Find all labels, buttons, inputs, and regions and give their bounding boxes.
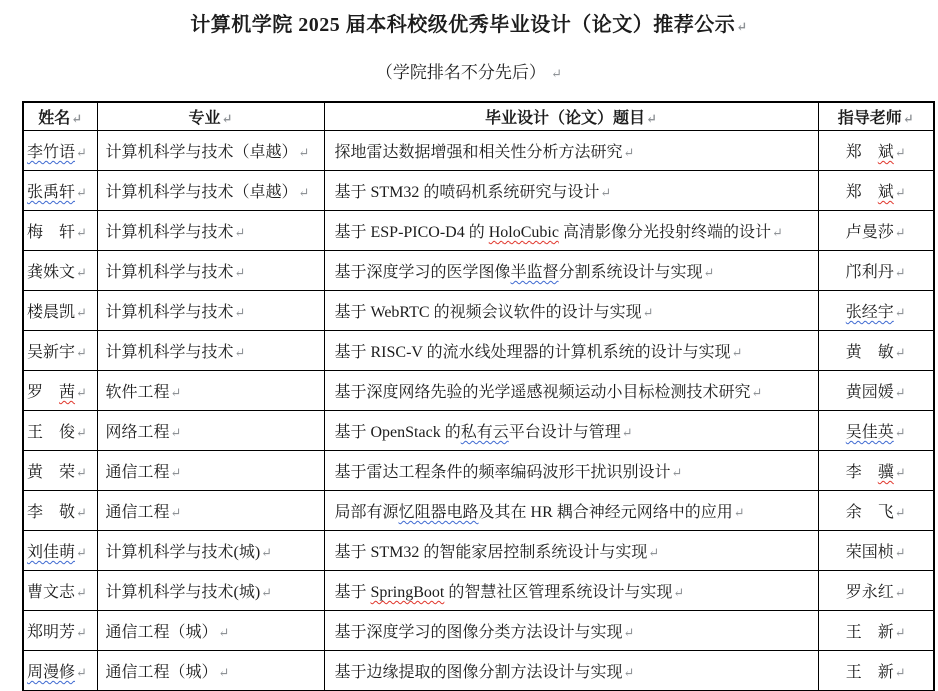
thesis-title-cell: 基于 ESP-PICO-D4 的 HoloCubic 高清影像分光投射终端的设计… [324, 211, 818, 251]
spell-blue-wavy-segment: 刘佳萌 [27, 544, 75, 561]
major-cell: 通信工程↵ [97, 451, 324, 491]
student-name-cell: 龚姝文↵ [23, 251, 97, 291]
return-mark: ↵ [550, 66, 562, 81]
text-segment: 王 俊 [27, 424, 75, 441]
advisor-cell: 黄 敏↵ [818, 331, 934, 371]
major-cell: 计算机科学与技术（卓越）↵ [97, 131, 324, 171]
advisor-cell: 邝利丹↵ [818, 251, 934, 291]
return-mark: ↵ [894, 585, 906, 600]
text-segment: 李 [846, 464, 878, 481]
major-cell: 通信工程（城）↵ [97, 611, 324, 651]
text-segment: 计算机科学与技术（卓越） [106, 144, 298, 161]
text-segment: 梅 轩 [27, 224, 75, 241]
return-mark: ↵ [599, 185, 611, 200]
return-mark: ↵ [75, 585, 87, 600]
major-cell: 计算机科学与技术↵ [97, 211, 324, 251]
text-segment: 荣国桢 [846, 544, 894, 561]
return-mark: ↵ [894, 345, 906, 360]
return-mark: ↵ [771, 225, 783, 240]
advisor-cell: 李 骥↵ [818, 451, 934, 491]
return-mark: ↵ [894, 265, 906, 280]
student-name-cell: 张禹轩↵ [23, 171, 97, 211]
advisor-cell: 卢曼莎↵ [818, 211, 934, 251]
advisor-cell: 郑 斌↵ [818, 171, 934, 211]
text-segment: 基于 OpenStack 的 [335, 424, 461, 441]
major-cell: 计算机科学与技术（卓越）↵ [97, 171, 324, 211]
return-mark: ↵ [260, 585, 272, 600]
text-segment: 网络工程 [106, 424, 170, 441]
text-segment: 的智慧社区管理系统设计与实现 [444, 584, 672, 601]
student-name-cell: 曹文志↵ [23, 571, 97, 611]
thesis-title-cell: 基于深度学习的医学图像半监督分割系统设计与实现↵ [324, 251, 818, 291]
text-segment: 郑 [846, 184, 878, 201]
return-mark: ↵ [75, 625, 87, 640]
text-segment: 计算机科学与技术 [106, 304, 234, 321]
return-mark: ↵ [234, 225, 246, 240]
return-mark: ↵ [75, 145, 87, 160]
text-segment: 探地雷达数据增强和相关性分析方法研究 [335, 144, 623, 161]
spell-red-wavy-segment: HoloCubic [489, 224, 559, 241]
return-mark: ↵ [75, 465, 87, 480]
text-segment: 平台设计与管理 [509, 424, 621, 441]
table-row: 黄 荣↵通信工程↵基于雷达工程条件的频率编码波形干扰识别设计↵李 骥↵ [23, 451, 934, 491]
return-mark: ↵ [894, 305, 906, 320]
text-segment: 基于 [335, 584, 371, 601]
student-name-cell: 周漫修↵ [23, 651, 97, 691]
student-name-cell: 郑明芳↵ [23, 611, 97, 651]
table-header-row: 姓名↵ 专业↵ 毕业设计（论文）题目↵ 指导老师↵ [23, 102, 934, 131]
table-row: 王 俊↵网络工程↵基于 OpenStack 的私有云平台设计与管理↵吴佳英↵ [23, 411, 934, 451]
spell-blue-wavy-segment: 忆阻器电路 [399, 504, 479, 521]
text-segment: 龚姝文 [27, 264, 75, 281]
table-row: 李竹语↵计算机科学与技术（卓越）↵探地雷达数据增强和相关性分析方法研究↵郑 斌↵ [23, 131, 934, 171]
thesis-title-cell: 基于 STM32 的智能家居控制系统设计与实现↵ [324, 531, 818, 571]
col-header-advisor-text: 指导老师 [838, 110, 902, 127]
advisor-cell: 罗永红↵ [818, 571, 934, 611]
text-segment: 邝利丹 [846, 264, 894, 281]
advisor-cell: 余 飞↵ [818, 491, 934, 531]
thesis-title-cell: 基于 WebRTC 的视频会议软件的设计与实现↵ [324, 291, 818, 331]
major-cell: 网络工程↵ [97, 411, 324, 451]
text-segment: 基于深度网络先验的光学遥感视频运动小目标检测技术研究 [335, 384, 751, 401]
return-mark: ↵ [645, 111, 657, 126]
col-header-major-text: 专业 [189, 110, 221, 127]
return-mark: ↵ [621, 425, 633, 440]
col-header-advisor: 指导老师↵ [818, 102, 934, 131]
col-header-name: 姓名↵ [23, 102, 97, 131]
text-segment: 计算机科学与技术（卓越） [106, 184, 298, 201]
thesis-title-cell: 探地雷达数据增强和相关性分析方法研究↵ [324, 131, 818, 171]
return-mark: ↵ [894, 505, 906, 520]
text-segment: 罗永红 [846, 584, 894, 601]
return-mark: ↵ [647, 545, 659, 560]
text-segment: 基于深度学习的图像分类方法设计与实现 [335, 624, 623, 641]
return-mark: ↵ [218, 665, 230, 680]
spell-blue-wavy-segment: 半监督 [511, 264, 559, 281]
text-segment: 计算机科学与技术 [106, 264, 234, 281]
thesis-title-cell: 基于边缘提取的图像分割方法设计与实现↵ [324, 651, 818, 691]
col-header-thesis-text: 毕业设计（论文）题目 [485, 110, 645, 127]
table-row: 吴新宇↵计算机科学与技术↵基于 RISC-V 的流水线处理器的计算机系统的设计与… [23, 331, 934, 371]
return-mark: ↵ [751, 385, 763, 400]
major-cell: 软件工程↵ [97, 371, 324, 411]
spell-red-wavy-segment: 骥 [878, 464, 894, 481]
return-mark: ↵ [234, 345, 246, 360]
spell-blue-wavy-segment: 私有云 [461, 424, 509, 441]
return-mark: ↵ [260, 545, 272, 560]
col-header-name-text: 姓名 [38, 110, 70, 127]
page-title-text: 计算机学院 2025 届本科校级优秀毕业设计（论文）推荐公示 [190, 14, 735, 36]
text-segment: 通信工程（城） [106, 624, 218, 641]
spell-red-wavy-segment: SpringBoot [371, 584, 445, 601]
spell-blue-wavy-segment: 李竹语 [27, 144, 75, 161]
return-mark: ↵ [671, 465, 683, 480]
return-mark: ↵ [75, 185, 87, 200]
return-mark: ↵ [672, 585, 684, 600]
thesis-title-cell: 基于 STM32 的喷码机系统研究与设计↵ [324, 171, 818, 211]
text-segment: 郑 [846, 144, 878, 161]
table-body: 李竹语↵计算机科学与技术（卓越）↵探地雷达数据增强和相关性分析方法研究↵郑 斌↵… [23, 131, 934, 691]
return-mark: ↵ [703, 265, 715, 280]
table-row: 曹文志↵计算机科学与技术(城)↵基于 SpringBoot 的智慧社区管理系统设… [23, 571, 934, 611]
table-row: 刘佳萌↵计算机科学与技术(城)↵基于 STM32 的智能家居控制系统设计与实现↵… [23, 531, 934, 571]
text-segment: 基于深度学习的医学图像 [335, 264, 511, 281]
table-row: 龚姝文↵计算机科学与技术↵基于深度学习的医学图像半监督分割系统设计与实现↵邝利丹… [23, 251, 934, 291]
thesis-title-cell: 基于深度学习的图像分类方法设计与实现↵ [324, 611, 818, 651]
student-name-cell: 李竹语↵ [23, 131, 97, 171]
page-subtitle-text: （学院排名不分先后） [376, 63, 546, 82]
spell-blue-wavy-segment: 吴佳英 [846, 424, 894, 441]
spell-red-wavy-segment: 斌 [878, 184, 894, 201]
table-row: 楼晨凯↵计算机科学与技术↵基于 WebRTC 的视频会议软件的设计与实现↵张经宇… [23, 291, 934, 331]
return-mark: ↵ [298, 185, 310, 200]
document-page: 计算机学院 2025 届本科校级优秀毕业设计（论文）推荐公示↵ （学院排名不分先… [0, 0, 938, 691]
text-segment: 局部有源 [335, 504, 399, 521]
text-segment: 分割系统设计与实现 [559, 264, 703, 281]
student-name-cell: 楼晨凯↵ [23, 291, 97, 331]
col-header-thesis: 毕业设计（论文）题目↵ [324, 102, 818, 131]
return-mark: ↵ [623, 665, 635, 680]
table-row: 张禹轩↵计算机科学与技术（卓越）↵基于 STM32 的喷码机系统研究与设计↵郑 … [23, 171, 934, 211]
return-mark: ↵ [234, 265, 246, 280]
page-subtitle: （学院排名不分先后） ↵ [0, 62, 938, 85]
spell-red-wavy-segment: 斌 [878, 144, 894, 161]
text-segment: 黄园媛 [846, 384, 894, 401]
advisor-cell: 张经宇↵ [818, 291, 934, 331]
text-segment: 通信工程 [106, 464, 170, 481]
table-row: 郑明芳↵通信工程（城）↵基于深度学习的图像分类方法设计与实现↵王 新↵ [23, 611, 934, 651]
return-mark: ↵ [894, 545, 906, 560]
return-mark: ↵ [75, 505, 87, 520]
text-segment: 郑明芳 [27, 624, 75, 641]
text-segment: 基于 STM32 的智能家居控制系统设计与实现 [335, 544, 648, 561]
student-name-cell: 李 敬↵ [23, 491, 97, 531]
table-row: 罗 茜↵软件工程↵基于深度网络先验的光学遥感视频运动小目标检测技术研究↵黄园媛↵ [23, 371, 934, 411]
return-mark: ↵ [894, 145, 906, 160]
text-segment: 黄 敏 [846, 344, 894, 361]
text-segment: 通信工程 [106, 504, 170, 521]
major-cell: 计算机科学与技术↵ [97, 251, 324, 291]
text-segment: 计算机科学与技术 [106, 344, 234, 361]
spell-red-wavy-segment: 茜 [59, 384, 75, 401]
advisor-cell: 王 新↵ [818, 651, 934, 691]
return-mark: ↵ [75, 225, 87, 240]
return-mark: ↵ [894, 665, 906, 680]
text-segment: 基于 ESP-PICO-D4 的 [335, 224, 489, 241]
text-segment: 基于雷达工程条件的频率编码波形干扰识别设计 [335, 464, 671, 481]
text-segment: 李 敬 [27, 504, 75, 521]
spell-blue-wavy-segment: 张禹轩 [27, 184, 75, 201]
spell-blue-wavy-segment: 周漫修 [27, 664, 75, 681]
return-mark: ↵ [170, 505, 182, 520]
advisor-cell: 黄园媛↵ [818, 371, 934, 411]
return-mark: ↵ [75, 345, 87, 360]
student-name-cell: 刘佳萌↵ [23, 531, 97, 571]
text-segment: 基于 RISC-V 的流水线处理器的计算机系统的设计与实现 [335, 344, 731, 361]
return-mark: ↵ [735, 19, 747, 34]
col-header-major: 专业↵ [97, 102, 324, 131]
table-row: 周漫修↵通信工程（城）↵基于边缘提取的图像分割方法设计与实现↵王 新↵ [23, 651, 934, 691]
return-mark: ↵ [75, 425, 87, 440]
student-name-cell: 吴新宇↵ [23, 331, 97, 371]
return-mark: ↵ [733, 505, 745, 520]
advisor-cell: 吴佳英↵ [818, 411, 934, 451]
text-segment: 基于 STM32 的喷码机系统研究与设计 [335, 184, 600, 201]
return-mark: ↵ [75, 545, 87, 560]
major-cell: 计算机科学与技术↵ [97, 291, 324, 331]
return-mark: ↵ [221, 111, 233, 126]
advisor-cell: 郑 斌↵ [818, 131, 934, 171]
text-segment: 王 新 [846, 664, 894, 681]
advisor-cell: 荣国桢↵ [818, 531, 934, 571]
student-name-cell: 黄 荣↵ [23, 451, 97, 491]
text-segment: 楼晨凯 [27, 304, 75, 321]
text-segment: 王 新 [846, 624, 894, 641]
text-segment: 罗 [27, 384, 59, 401]
text-segment: 余 飞 [846, 504, 894, 521]
thesis-title-cell: 局部有源忆阻器电路及其在 HR 耦合神经元网络中的应用↵ [324, 491, 818, 531]
return-mark: ↵ [234, 305, 246, 320]
text-segment: 计算机科学与技术 [106, 224, 234, 241]
text-segment: 高清影像分光投射终端的设计 [559, 224, 771, 241]
student-name-cell: 罗 茜↵ [23, 371, 97, 411]
return-mark: ↵ [894, 425, 906, 440]
return-mark: ↵ [902, 111, 914, 126]
return-mark: ↵ [75, 305, 87, 320]
table-row: 李 敬↵通信工程↵局部有源忆阻器电路及其在 HR 耦合神经元网络中的应用↵余 飞… [23, 491, 934, 531]
major-cell: 计算机科学与技术↵ [97, 331, 324, 371]
recommendation-table: 姓名↵ 专业↵ 毕业设计（论文）题目↵ 指导老师↵ 李竹语↵计算机科学与技术（卓… [22, 101, 935, 691]
text-segment: 计算机科学与技术(城) [106, 584, 261, 601]
page-title: 计算机学院 2025 届本科校级优秀毕业设计（论文）推荐公示↵ [0, 0, 938, 40]
thesis-title-cell: 基于 SpringBoot 的智慧社区管理系统设计与实现↵ [324, 571, 818, 611]
return-mark: ↵ [75, 665, 87, 680]
return-mark: ↵ [75, 385, 87, 400]
text-segment: 基于 WebRTC 的视频会议软件的设计与实现 [335, 304, 642, 321]
table-row: 梅 轩↵计算机科学与技术↵基于 ESP-PICO-D4 的 HoloCubic … [23, 211, 934, 251]
return-mark: ↵ [75, 265, 87, 280]
return-mark: ↵ [642, 305, 654, 320]
major-cell: 通信工程（城）↵ [97, 651, 324, 691]
thesis-title-cell: 基于 RISC-V 的流水线处理器的计算机系统的设计与实现↵ [324, 331, 818, 371]
spell-blue-wavy-segment: 张经宇 [846, 304, 894, 321]
advisor-cell: 王 新↵ [818, 611, 934, 651]
text-segment: 软件工程 [106, 384, 170, 401]
text-segment: 卢曼莎 [846, 224, 894, 241]
text-segment: 计算机科学与技术(城) [106, 544, 261, 561]
return-mark: ↵ [894, 385, 906, 400]
student-name-cell: 王 俊↵ [23, 411, 97, 451]
return-mark: ↵ [170, 465, 182, 480]
return-mark: ↵ [623, 625, 635, 640]
return-mark: ↵ [731, 345, 743, 360]
return-mark: ↵ [894, 225, 906, 240]
return-mark: ↵ [894, 625, 906, 640]
thesis-title-cell: 基于 OpenStack 的私有云平台设计与管理↵ [324, 411, 818, 451]
return-mark: ↵ [623, 145, 635, 160]
return-mark: ↵ [70, 111, 82, 126]
return-mark: ↵ [218, 625, 230, 640]
major-cell: 通信工程↵ [97, 491, 324, 531]
text-segment: 黄 荣 [27, 464, 75, 481]
return-mark: ↵ [894, 185, 906, 200]
text-segment: 曹文志 [27, 584, 75, 601]
major-cell: 计算机科学与技术(城)↵ [97, 571, 324, 611]
student-name-cell: 梅 轩↵ [23, 211, 97, 251]
major-cell: 计算机科学与技术(城)↵ [97, 531, 324, 571]
return-mark: ↵ [170, 385, 182, 400]
thesis-title-cell: 基于雷达工程条件的频率编码波形干扰识别设计↵ [324, 451, 818, 491]
return-mark: ↵ [170, 425, 182, 440]
text-segment: 吴新宇 [27, 344, 75, 361]
text-segment: 基于边缘提取的图像分割方法设计与实现 [335, 664, 623, 681]
return-mark: ↵ [894, 465, 906, 480]
text-segment: 及其在 HR 耦合神经元网络中的应用 [479, 504, 733, 521]
return-mark: ↵ [298, 145, 310, 160]
thesis-title-cell: 基于深度网络先验的光学遥感视频运动小目标检测技术研究↵ [324, 371, 818, 411]
text-segment: 通信工程（城） [106, 664, 218, 681]
